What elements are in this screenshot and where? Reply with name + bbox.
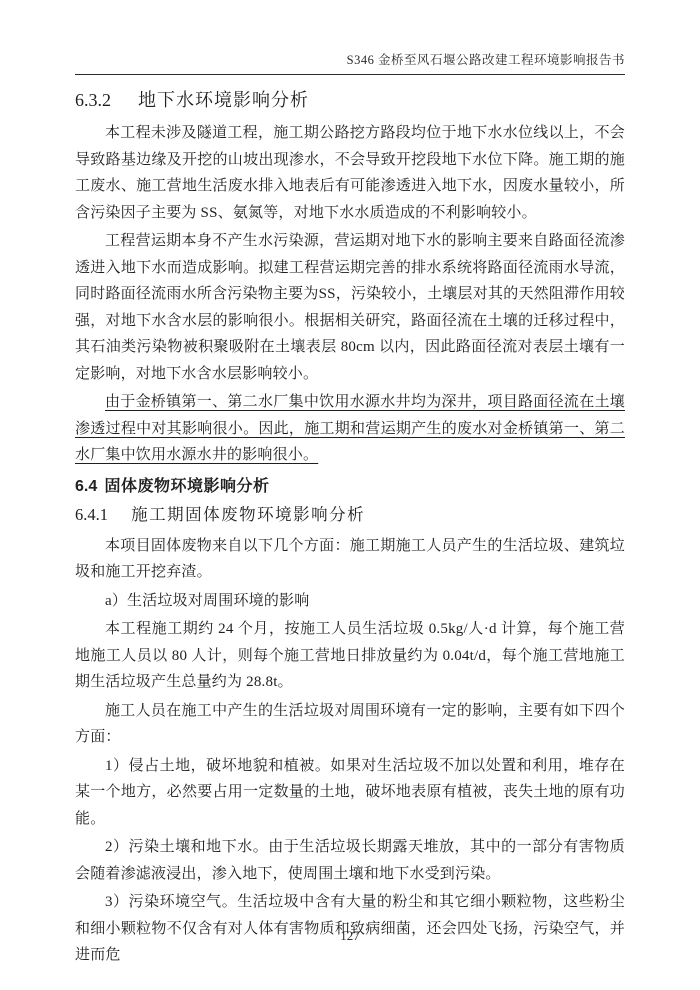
paragraph-solid-waste-sources: 本项目固体废物来自以下几个方面：施工期施工人员产生的生活垃圾、建筑垃圾和施工开挖…	[75, 533, 625, 586]
section-number: 6.4.1	[75, 505, 108, 524]
paragraph-garbage-quantity: 本工程施工期约 24 个月，按施工人员生活垃圾 0.5kg/人·d 计算，每个施…	[75, 616, 625, 696]
paragraph-garbage-impact-intro: 施工人员在施工中产生的生活垃圾对周围环境有一定的影响，主要有如下四个方面：	[75, 698, 625, 751]
paragraph-water-source-conclusion: 由于金桥镇第一、第二水厂集中饮用水源水井均为深井，项目路面径流在土壤渗透过程中对…	[75, 389, 625, 469]
section-title: 施工期固体废物环境影响分析	[131, 505, 365, 524]
section-title: 地下水环境影响分析	[138, 90, 309, 110]
section-number: 6.3.2	[75, 90, 111, 110]
report-title-header: S346 金桥至风石堰公路改建工程环境影响报告书	[347, 53, 625, 67]
section-heading-6-4: 6.4固体废物环境影响分析	[75, 474, 625, 499]
section-number: 6.4	[75, 478, 97, 495]
section-title: 固体废物环境影响分析	[104, 478, 269, 495]
page-number: 127	[340, 928, 360, 943]
page-footer: 127	[0, 928, 700, 944]
list-item-1-land-occupation: 1）侵占土地，破坏地貌和植被。如果对生活垃圾不加以处置和利用，堆存在某一个地方，…	[75, 753, 625, 833]
section-heading-6-3-2: 6.3.2地下水环境影响分析	[75, 87, 625, 113]
report-page: S346 金桥至风石堰公路改建工程环境影响报告书 6.3.2地下水环境影响分析 …	[0, 0, 700, 990]
list-item-2-soil-groundwater-pollution: 2）污染土壤和地下水。由于生活垃圾长期露天堆放，其中的一部分有害物质会随着渗滤液…	[75, 834, 625, 887]
paragraph-operation-groundwater: 工程营运期本身不产生水污染源，营运期对地下水的影响主要来自路面径流渗透进入地下水…	[75, 228, 625, 387]
section-heading-6-4-1: 6.4.1施工期固体废物环境影响分析	[75, 502, 625, 528]
page-content: 6.3.2地下水环境影响分析 本工程未涉及隧道工程，施工期公路挖方路段均位于地下…	[75, 87, 625, 969]
running-header: S346 金桥至风石堰公路改建工程环境影响报告书	[75, 52, 625, 75]
subheading-a-domestic-garbage: a）生活垃圾对周围环境的影响	[75, 588, 625, 615]
paragraph-construction-groundwater: 本工程未涉及隧道工程，施工期公路挖方路段均位于地下水水位线以上，不会导致路基边缘…	[75, 120, 625, 226]
